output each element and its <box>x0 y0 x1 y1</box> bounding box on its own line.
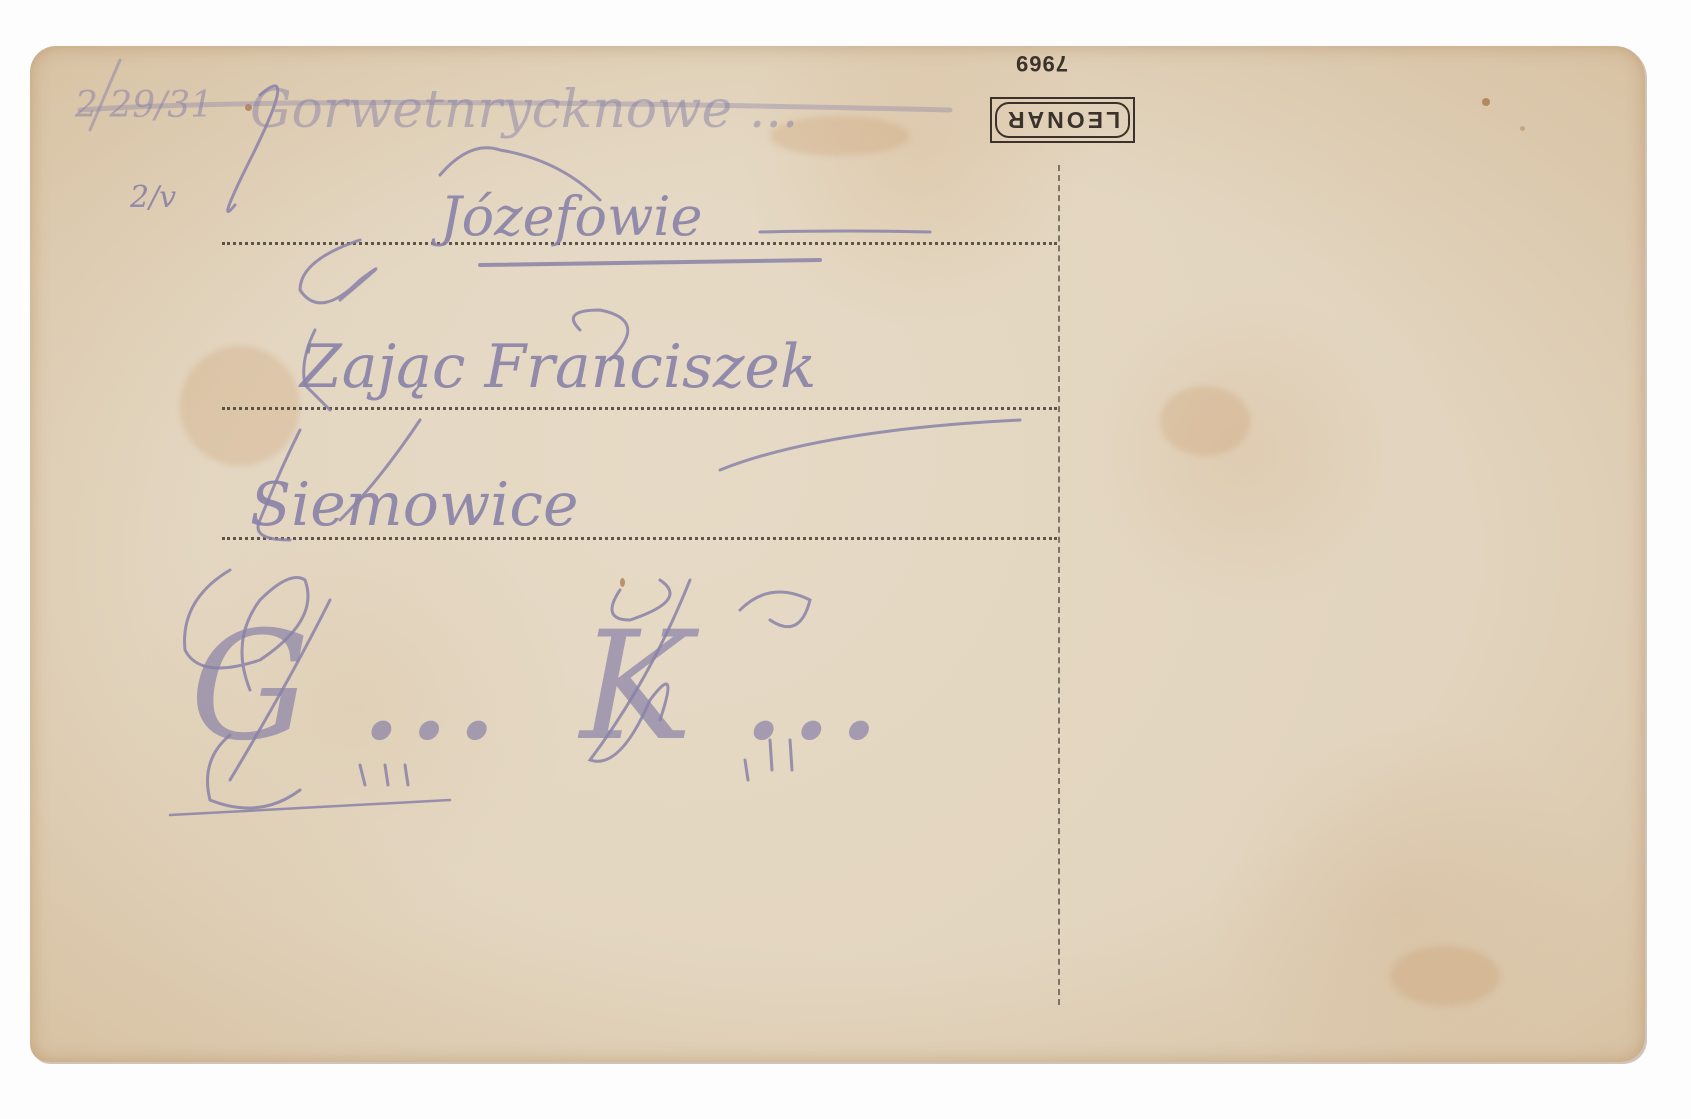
pencil-strokes <box>0 0 1691 1119</box>
handwritten-line-1: Józefowie <box>440 185 703 248</box>
handwritten-corner-note: 2 29/31 <box>75 85 213 126</box>
handwritten-line-3: Siemowice <box>250 470 578 540</box>
handwritten-initials-left: G ... <box>190 600 501 774</box>
handwritten-header: Gorwetnrycknowe ... <box>250 80 798 140</box>
handwritten-line-2: Zając Franciszek <box>300 332 816 402</box>
handwritten-corner-note-2: 2/v <box>130 180 176 215</box>
handwritten-initials-right: K ... <box>580 600 883 774</box>
